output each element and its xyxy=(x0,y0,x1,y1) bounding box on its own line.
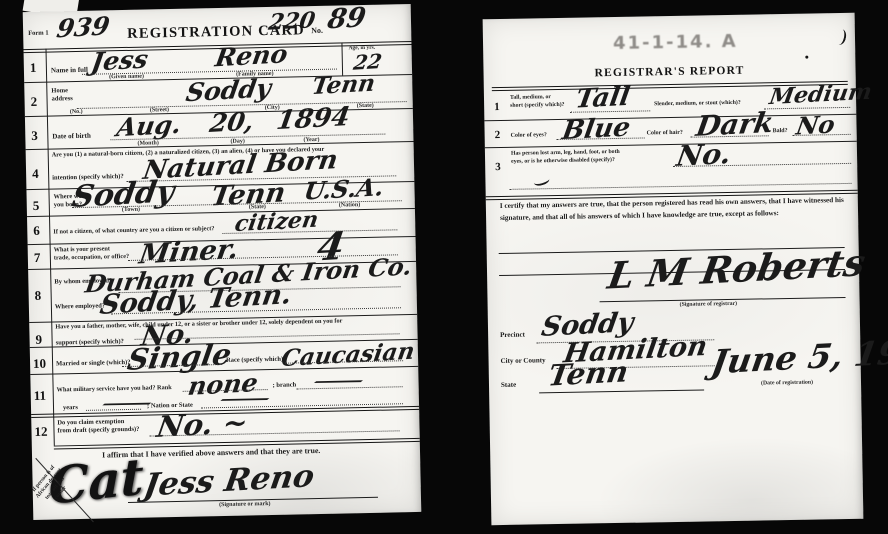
build-answer-handwritten: Medium xyxy=(768,81,874,108)
disability-question: Has person lost arm, leg, hand, foot, or… xyxy=(511,149,620,166)
registration-card: Form 1 939 REGISTRATION CARD 220 No. 89 … xyxy=(23,4,422,520)
row11-number: 11 xyxy=(34,388,47,404)
serial-number-handwritten: 939 xyxy=(55,13,111,41)
born-nation-sublabel: (Nation) xyxy=(339,202,360,208)
row7-number: 7 xyxy=(34,250,41,266)
military-years-label: years xyxy=(63,404,78,413)
row6-number: 6 xyxy=(33,223,40,239)
exemption-label: Do you claim exemption from draft (speci… xyxy=(57,418,139,437)
file-stamp: 41-1-14. A xyxy=(613,31,738,54)
state-value-handwritten: Tenn xyxy=(546,357,630,390)
report-title: REGISTRAR'S REPORT xyxy=(483,63,855,81)
registrar-signature-handwritten: L M Roberts xyxy=(605,244,867,294)
signature-sublabel: (Signature or mark) xyxy=(219,501,271,508)
trade-label: What is your present trade, occupation, … xyxy=(54,245,130,263)
eyes-label: Color of eyes? xyxy=(511,132,547,140)
state-label: State xyxy=(501,381,516,390)
rule-line xyxy=(764,107,850,110)
height-answer-handwritten: Tall xyxy=(574,84,632,113)
born-town-sublabel: (Town) xyxy=(122,207,140,213)
registrar-signature-sublabel: (Signature of registrar) xyxy=(680,301,738,308)
row5-number: 5 xyxy=(33,198,40,214)
row10-number: 10 xyxy=(33,356,46,372)
row3-number: 3 xyxy=(31,128,38,144)
address-city-handwritten: Soddy xyxy=(184,75,273,105)
row12-number: 12 xyxy=(34,424,47,440)
precinct-label: Precinct xyxy=(500,331,525,341)
row4-number: 4 xyxy=(32,166,39,182)
exemption-answer-handwritten: No. ~ xyxy=(155,408,250,442)
registration-date-handwritten: June 5, 1917 xyxy=(709,333,888,378)
address-state-handwritten: Tenn xyxy=(310,72,377,99)
order-number-handwritten: 89 xyxy=(326,4,368,33)
name-given-handwritten: Jess xyxy=(90,46,150,74)
not-citizen-question: If not a citizen, of what country are yo… xyxy=(53,225,214,237)
dob-year-handwritten: 1894 xyxy=(275,104,352,134)
no-label: No. xyxy=(311,26,323,37)
dob-day-handwritten: 20, xyxy=(208,109,256,137)
married-label: Married or single (which)? xyxy=(56,359,131,369)
scan-background: Form 1 939 REGISTRATION CARD 220 No. 89 … xyxy=(0,0,888,534)
dob-month-handwritten: Aug. xyxy=(115,112,183,141)
name-family-handwritten: Reno xyxy=(214,41,290,70)
city-county-label: City or County xyxy=(501,356,546,366)
ink-flourish xyxy=(533,174,551,187)
registrars-report-card: 41-1-14. A REGISTRAR'S REPORT 1 Tall, me… xyxy=(483,13,864,525)
born-nation-handwritten: U.S.A. xyxy=(302,175,385,203)
row8-number: 8 xyxy=(35,288,42,304)
rule-line xyxy=(510,183,852,190)
home-address-label: Home address xyxy=(51,87,73,104)
rule-line xyxy=(485,141,857,148)
row9-number: 9 xyxy=(35,332,42,348)
registration-date-sublabel: (Date of registration) xyxy=(761,380,813,387)
form-number-label: Form 1 xyxy=(28,30,49,39)
registrant-signature-handwritten: Jess Reno xyxy=(142,461,317,502)
hair-label: Color of hair? xyxy=(647,130,683,138)
stamp-number-handwritten: 220 xyxy=(267,9,317,34)
report-row1-number: 1 xyxy=(494,101,500,113)
row2-number: 2 xyxy=(30,94,37,110)
where-employed-label: Where employed? xyxy=(55,302,105,311)
row1-number: 1 xyxy=(30,60,37,76)
height-label: Tall, medium, or short (specify which)? xyxy=(510,94,565,110)
race-label: Race (specify which)? xyxy=(226,356,286,366)
certification-text: I certify that my answers are true, that… xyxy=(500,195,844,224)
dob-label: Date of birth xyxy=(52,132,91,142)
ink-dot xyxy=(805,56,808,59)
bald-label: Bald? xyxy=(773,128,788,136)
report-row3-number: 3 xyxy=(495,161,501,173)
report-row2-number: 2 xyxy=(495,129,501,141)
pen-stroke-mark xyxy=(833,28,847,46)
